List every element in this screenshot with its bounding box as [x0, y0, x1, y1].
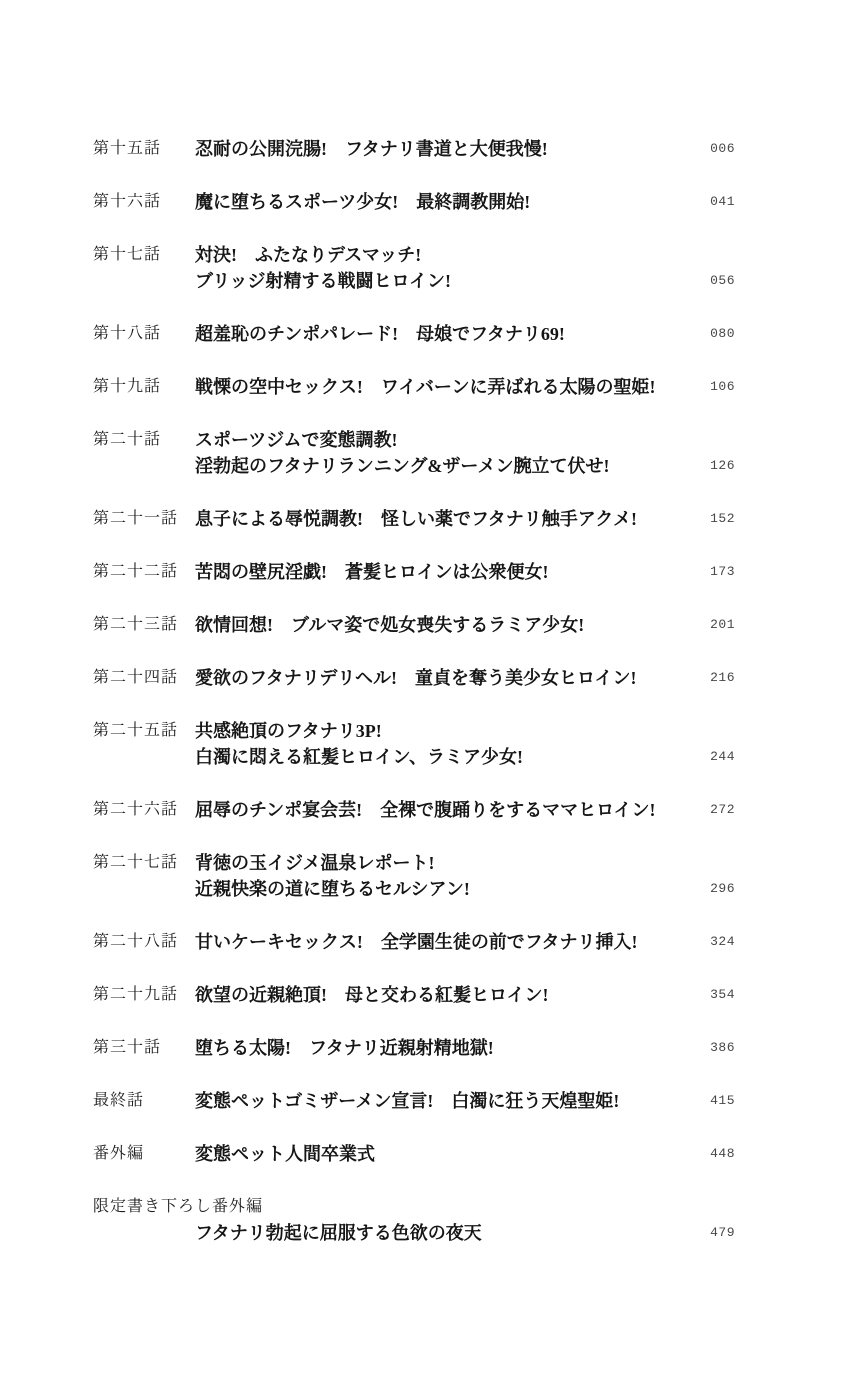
page-number: 479	[710, 1220, 735, 1246]
chapter-label: 限定書き下ろし番外編	[93, 1194, 735, 1220]
chapter-title: 変態ペット人間卒業式	[195, 1141, 710, 1167]
toc-entry: 第二十五話共感絶頂のフタナリ3P!白濁に悶える紅髪ヒロイン、ラミア少女!244	[93, 718, 735, 770]
page-number: 354	[710, 982, 735, 1008]
chapter-title: 戦慄の空中セックス! ワイバーンに弄ばれる太陽の聖姫!	[195, 374, 710, 400]
toc-list: 第十五話忍耐の公開浣腸! フタナリ書道と大便我慢!006第十六話魔に堕ちるスポー…	[93, 136, 735, 1246]
page-number: 173	[710, 559, 735, 585]
page-number: 201	[710, 612, 735, 638]
chapter-title-line: 愛欲のフタナリデリヘル! 童貞を奪う美少女ヒロイン!	[195, 665, 710, 691]
page-number: 006	[710, 136, 735, 162]
chapter-title: 屈辱のチンポ宴会芸! 全裸で腹踊りをするママヒロイン!	[195, 797, 710, 823]
chapter-title-line: 欲望の近親絶頂! 母と交わる紅髪ヒロイン!	[195, 982, 710, 1008]
chapter-title-line: フタナリ勃起に屈服する色欲の夜天	[195, 1220, 710, 1246]
toc-entry: 番外編変態ペット人間卒業式448	[93, 1141, 735, 1167]
toc-entry: 第三十話堕ちる太陽! フタナリ近親射精地獄!386	[93, 1035, 735, 1061]
chapter-title: 対決! ふたなりデスマッチ!ブリッジ射精する戦闘ヒロイン!	[195, 242, 710, 294]
chapter-title-line: 戦慄の空中セックス! ワイバーンに弄ばれる太陽の聖姫!	[195, 374, 710, 400]
chapter-title-line: 変態ペットゴミザーメン宣言! 白濁に狂う天煌聖姫!	[195, 1088, 710, 1114]
chapter-title: 苦悶の壁尻淫戯! 蒼髪ヒロインは公衆便女!	[195, 559, 710, 585]
toc-entry: 第二十二話苦悶の壁尻淫戯! 蒼髪ヒロインは公衆便女!173	[93, 559, 735, 585]
chapter-title: 変態ペットゴミザーメン宣言! 白濁に狂う天煌聖姫!	[195, 1088, 710, 1114]
chapter-label: 第二十八話	[93, 929, 195, 955]
chapter-label: 第三十話	[93, 1035, 195, 1061]
toc-entry: 第二十八話甘いケーキセックス! 全学園生徒の前でフタナリ挿入!324	[93, 929, 735, 955]
chapter-title-line: 背徳の玉イジメ温泉レポート!	[195, 850, 710, 876]
page-number: 415	[710, 1088, 735, 1114]
chapter-title-line: 近親快楽の道に堕ちるセルシアン!	[195, 876, 710, 902]
toc-entry: 第十八話超羞恥のチンポパレード! 母娘でフタナリ69!080	[93, 321, 735, 347]
toc-entry: 限定書き下ろし番外編フタナリ勃起に屈服する色欲の夜天479	[93, 1194, 735, 1246]
toc-entry-row: フタナリ勃起に屈服する色欲の夜天479	[93, 1220, 735, 1246]
page-number: 448	[710, 1141, 735, 1167]
toc-entry: 第十七話対決! ふたなりデスマッチ!ブリッジ射精する戦闘ヒロイン!056	[93, 242, 735, 294]
chapter-label: 第二十七話	[93, 850, 195, 876]
chapter-label: 第十五話	[93, 136, 195, 162]
toc-entry: 第二十九話欲望の近親絶頂! 母と交わる紅髪ヒロイン!354	[93, 982, 735, 1008]
chapter-label: 第二十四話	[93, 665, 195, 691]
page-number: 272	[710, 797, 735, 823]
chapter-label: 第十九話	[93, 374, 195, 400]
page-number: 106	[710, 374, 735, 400]
chapter-title-line: 忍耐の公開浣腸! フタナリ書道と大便我慢!	[195, 136, 710, 162]
chapter-title-line: 苦悶の壁尻淫戯! 蒼髪ヒロインは公衆便女!	[195, 559, 710, 585]
toc-entry: 第二十六話屈辱のチンポ宴会芸! 全裸で腹踊りをするママヒロイン!272	[93, 797, 735, 823]
toc-entry: 第十九話戦慄の空中セックス! ワイバーンに弄ばれる太陽の聖姫!106	[93, 374, 735, 400]
page-number: 056	[710, 268, 735, 294]
chapter-title-line: 欲情回想! ブルマ姿で処女喪失するラミア少女!	[195, 612, 710, 638]
toc-entry: 第十五話忍耐の公開浣腸! フタナリ書道と大便我慢!006	[93, 136, 735, 162]
chapter-title-line: 淫勃起のフタナリランニング&ザーメン腕立て伏せ!	[195, 453, 710, 479]
chapter-title: 息子による辱悦調教! 怪しい薬でフタナリ触手アクメ!	[195, 506, 710, 532]
chapter-label: 最終話	[93, 1088, 195, 1114]
chapter-title: 甘いケーキセックス! 全学園生徒の前でフタナリ挿入!	[195, 929, 710, 955]
chapter-label: 第十八話	[93, 321, 195, 347]
page-number: 386	[710, 1035, 735, 1061]
toc-entry: 第二十七話背徳の玉イジメ温泉レポート!近親快楽の道に堕ちるセルシアン!296	[93, 850, 735, 902]
toc-entry: 最終話変態ペットゴミザーメン宣言! 白濁に狂う天煌聖姫!415	[93, 1088, 735, 1114]
chapter-title-line: 超羞恥のチンポパレード! 母娘でフタナリ69!	[195, 321, 710, 347]
chapter-title: 背徳の玉イジメ温泉レポート!近親快楽の道に堕ちるセルシアン!	[195, 850, 710, 902]
page-number: 296	[710, 876, 735, 902]
chapter-title-line: 対決! ふたなりデスマッチ!	[195, 242, 710, 268]
chapter-title: 共感絶頂のフタナリ3P!白濁に悶える紅髪ヒロイン、ラミア少女!	[195, 718, 710, 770]
chapter-label: 第二十一話	[93, 506, 195, 532]
chapter-title-line: 変態ペット人間卒業式	[195, 1141, 710, 1167]
chapter-title-line: 屈辱のチンポ宴会芸! 全裸で腹踊りをするママヒロイン!	[195, 797, 710, 823]
chapter-title: 忍耐の公開浣腸! フタナリ書道と大便我慢!	[195, 136, 710, 162]
chapter-label: 番外編	[93, 1141, 195, 1167]
chapter-label: 第十六話	[93, 189, 195, 215]
page-number: 126	[710, 453, 735, 479]
toc-entry: 第二十四話愛欲のフタナリデリヘル! 童貞を奪う美少女ヒロイン!216	[93, 665, 735, 691]
chapter-title-line: 魔に堕ちるスポーツ少女! 最終調教開始!	[195, 189, 710, 215]
chapter-title-line: 堕ちる太陽! フタナリ近親射精地獄!	[195, 1035, 710, 1061]
chapter-label: 第二十三話	[93, 612, 195, 638]
chapter-title-line: スポーツジムで変態調教!	[195, 427, 710, 453]
chapter-title-line: 息子による辱悦調教! 怪しい薬でフタナリ触手アクメ!	[195, 506, 710, 532]
chapter-title-line: 共感絶頂のフタナリ3P!	[195, 718, 710, 744]
chapter-title: 堕ちる太陽! フタナリ近親射精地獄!	[195, 1035, 710, 1061]
chapter-title: 愛欲のフタナリデリヘル! 童貞を奪う美少女ヒロイン!	[195, 665, 710, 691]
chapter-label: 第二十五話	[93, 718, 195, 744]
toc-entry: 第二十三話欲情回想! ブルマ姿で処女喪失するラミア少女!201	[93, 612, 735, 638]
chapter-title: フタナリ勃起に屈服する色欲の夜天	[195, 1220, 710, 1246]
chapter-title-line: 白濁に悶える紅髪ヒロイン、ラミア少女!	[195, 744, 710, 770]
chapter-label: 第二十九話	[93, 982, 195, 1008]
page-number: 152	[710, 506, 735, 532]
page-number: 244	[710, 744, 735, 770]
toc-page: 第十五話忍耐の公開浣腸! フタナリ書道と大便我慢!006第十六話魔に堕ちるスポー…	[0, 0, 843, 1378]
page-number: 041	[710, 189, 735, 215]
toc-entry: 第二十一話息子による辱悦調教! 怪しい薬でフタナリ触手アクメ!152	[93, 506, 735, 532]
chapter-label: 第二十六話	[93, 797, 195, 823]
chapter-title: 欲望の近親絶頂! 母と交わる紅髪ヒロイン!	[195, 982, 710, 1008]
chapter-title-line: 甘いケーキセックス! 全学園生徒の前でフタナリ挿入!	[195, 929, 710, 955]
chapter-title-line: ブリッジ射精する戦闘ヒロイン!	[195, 268, 710, 294]
page-number: 324	[710, 929, 735, 955]
page-number: 216	[710, 665, 735, 691]
chapter-title: 魔に堕ちるスポーツ少女! 最終調教開始!	[195, 189, 710, 215]
chapter-title: 超羞恥のチンポパレード! 母娘でフタナリ69!	[195, 321, 710, 347]
chapter-label: 第二十話	[93, 427, 195, 453]
chapter-label: 第二十二話	[93, 559, 195, 585]
chapter-title: 欲情回想! ブルマ姿で処女喪失するラミア少女!	[195, 612, 710, 638]
toc-entry: 第十六話魔に堕ちるスポーツ少女! 最終調教開始!041	[93, 189, 735, 215]
chapter-title: スポーツジムで変態調教!淫勃起のフタナリランニング&ザーメン腕立て伏せ!	[195, 427, 710, 479]
toc-entry: 第二十話スポーツジムで変態調教!淫勃起のフタナリランニング&ザーメン腕立て伏せ!…	[93, 427, 735, 479]
chapter-label: 第十七話	[93, 242, 195, 268]
page-number: 080	[710, 321, 735, 347]
